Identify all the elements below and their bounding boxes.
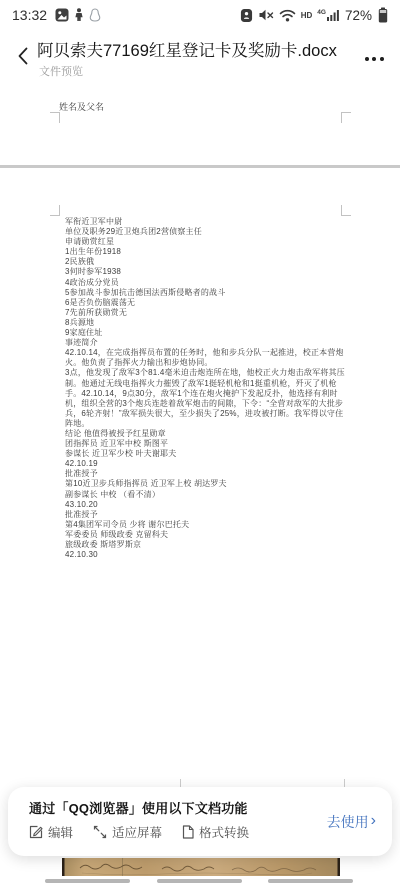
feature-label: 适应屏幕 <box>112 823 162 841</box>
qq-card-features: 编辑 适应屏幕 格式转换 <box>29 823 249 841</box>
document-line: 4政治成分党员 <box>65 278 347 288</box>
scanned-card-image <box>62 858 340 876</box>
document-line: 事迹简介 <box>65 338 347 348</box>
document-body: 军衔近卫军中尉单位及职务29近卫炮兵团2营侦察主任申请勋赏红星1出生年份1918… <box>65 217 347 560</box>
document-line: 参谋长 近卫军少校 叶夫谢耶夫 <box>65 449 347 459</box>
document-line: 单位及职务29近卫炮兵团2营侦察主任 <box>65 227 347 237</box>
qq-penguin-icon <box>89 8 101 22</box>
photo-icon <box>55 8 69 22</box>
edit-icon <box>29 825 43 839</box>
battery-icon <box>378 7 388 23</box>
document-line: 第10近卫步兵师指挥员 近卫军上校 胡达罗夫 <box>65 479 347 489</box>
margin-mark <box>341 205 351 216</box>
document-preview-area[interactable]: 姓名及父名 军衔近卫军中尉单位及职务29近卫炮兵团2营侦察主任申请勋赏红星1出生… <box>0 86 400 889</box>
phone-screen: 13:32 HD 4G <box>0 0 400 889</box>
back-button[interactable] <box>10 42 36 70</box>
document-line: 42.10.19 <box>65 459 347 469</box>
battery-percent: 72% <box>345 8 372 23</box>
signal-4g-icon: 4G <box>317 9 339 21</box>
format-convert-feature-button[interactable]: 格式转换 <box>182 823 249 841</box>
document-line: 副参谋长 中校 （看不清） <box>65 490 347 500</box>
hd-indicator: HD <box>301 11 313 20</box>
document-line: 结论 他值得被授予红星勋章 <box>65 429 347 439</box>
figure-icon <box>74 8 84 22</box>
clock: 13:32 <box>12 7 47 23</box>
chevron-right-icon: › <box>371 813 376 829</box>
document-line: 9家庭住址 <box>65 328 347 338</box>
document-line: 8兵源地 <box>65 318 347 328</box>
document-line: 3何时参军1938 <box>65 267 347 277</box>
format-convert-icon <box>182 825 194 839</box>
fit-screen-feature-button[interactable]: 适应屏幕 <box>93 823 162 841</box>
preview-mode-label: 文件预览 <box>39 63 83 79</box>
document-line: 1出生年份1918 <box>65 247 347 257</box>
margin-mark <box>50 112 60 123</box>
document-line: 军委委员 师级政委 克留科夫 <box>65 530 347 540</box>
secure-folder-icon <box>240 8 253 23</box>
document-line: 团指挥员 近卫军中校 斯图平 <box>65 439 347 449</box>
document-line: 批准授予 <box>65 469 347 479</box>
more-menu-button[interactable] <box>358 48 390 70</box>
document-line: 5参加战斗参加抗击德国法西斯侵略者的战斗 <box>65 288 347 298</box>
nav-recents-hint[interactable] <box>45 879 130 883</box>
document-line: 6是否负伤脑震荡无 <box>65 298 347 308</box>
qq-browser-card: 通过「QQ浏览器」使用以下文档功能 编辑 适应屏幕 格式转换 <box>8 787 392 856</box>
document-page-1: 姓名及父名 <box>0 86 400 165</box>
document-line: 姓名及父名 <box>59 100 104 113</box>
status-bar-left: 13:32 <box>12 7 101 23</box>
margin-mark <box>50 205 60 216</box>
go-use-label: 去使用 <box>327 812 369 832</box>
document-line: 7先前所获勋赏无 <box>65 308 347 318</box>
document-line: 旅级政委 斯塔罗斯京 <box>65 540 347 550</box>
edit-feature-button[interactable]: 编辑 <box>29 823 73 841</box>
document-line: 42.10.30 <box>65 550 347 560</box>
document-title: 阿贝索夫77169红星登记卡及奖励卡.docx <box>37 37 349 61</box>
document-line: 申请勋赏红星 <box>65 237 347 247</box>
chevron-left-icon <box>18 47 28 65</box>
margin-mark <box>341 112 351 123</box>
document-line: 军衔近卫军中尉 <box>65 217 347 227</box>
document-line: 42.10.14，在完成指挥员布置的任务时，他和步兵分队一起推进，校正本营炮火。… <box>65 348 347 368</box>
document-page-2: 军衔近卫军中尉单位及职务29近卫炮兵团2营侦察主任申请勋赏红星1出生年份1918… <box>0 168 400 877</box>
network-type-label: 4G <box>317 9 326 16</box>
nav-back-hint[interactable] <box>268 879 353 883</box>
document-line: 第4集团军司令员 少将 谢尔巴托夫 <box>65 520 347 530</box>
feature-label: 编辑 <box>48 823 73 841</box>
mute-icon <box>258 8 274 22</box>
document-line: 2民族俄 <box>65 257 347 267</box>
document-line: 批准授予 <box>65 510 347 520</box>
more-dots-icon <box>365 57 384 61</box>
fit-screen-icon <box>93 825 107 839</box>
status-bar: 13:32 HD 4G <box>0 0 400 30</box>
document-line: 43.10.20 <box>65 500 347 510</box>
document-line: 3点，他发现了敌军3个81.4毫米迫击炮连所在地，他校正火力炮击敌军将其压制。他… <box>65 368 347 429</box>
app-bar: 阿贝索夫77169红星登记卡及奖励卡.docx 文件预览 <box>0 30 400 86</box>
go-use-button[interactable]: 去使用 › <box>327 787 376 856</box>
qq-card-title: 通过「QQ浏览器」使用以下文档功能 <box>29 798 248 817</box>
wifi-icon <box>279 9 296 22</box>
feature-label: 格式转换 <box>199 823 249 841</box>
nav-home-hint[interactable] <box>157 879 242 883</box>
status-bar-right: HD 4G 72% <box>240 7 388 23</box>
